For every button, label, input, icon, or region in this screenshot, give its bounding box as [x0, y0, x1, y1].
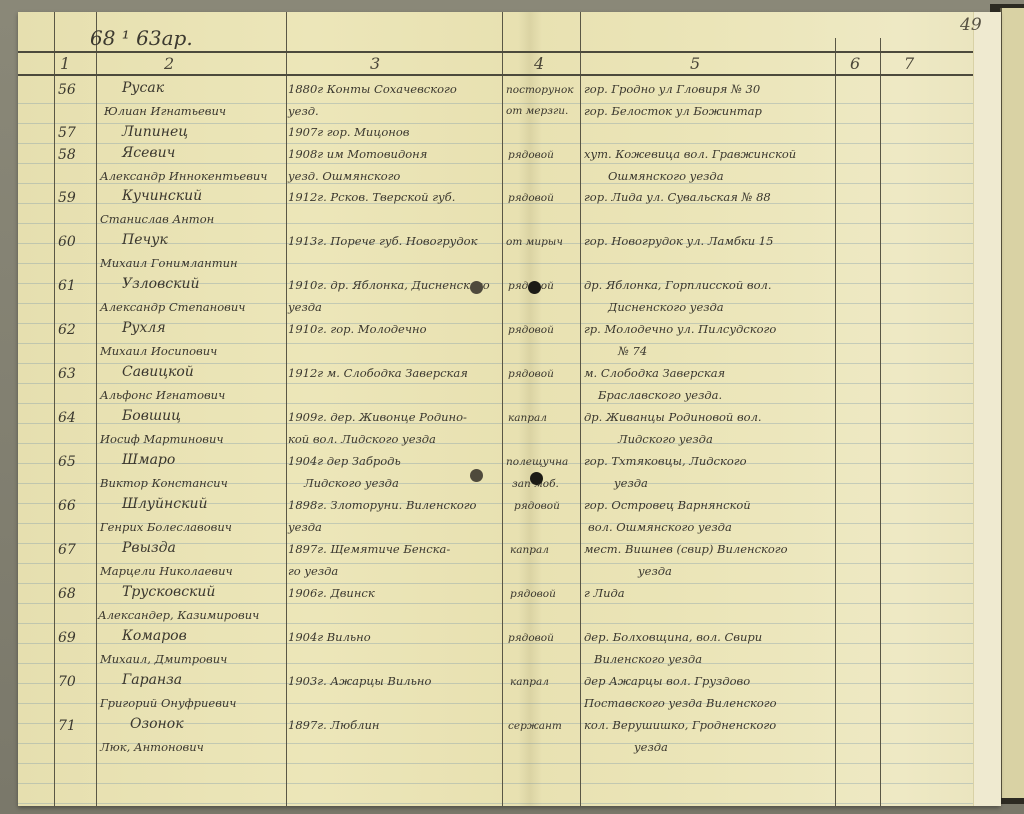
- header-rule-top: [18, 51, 973, 53]
- residence: гор. Новогрудок ул. Ламбки 15: [584, 234, 773, 248]
- birth-place: уезда: [288, 520, 322, 534]
- given-name: Иосиф Мартинович: [100, 432, 224, 446]
- birth-place: 1910г. гор. Молодечно: [288, 322, 427, 336]
- residence: Браславского уезда.: [598, 388, 722, 402]
- surname: Шлуйнский: [122, 496, 207, 512]
- rank: рядовой: [508, 192, 554, 204]
- rank: посторунок: [506, 84, 574, 96]
- surname: Русак: [122, 80, 164, 96]
- surname: Узловский: [122, 276, 199, 292]
- residence: хут. Кожевица вол. Гравжинской: [584, 147, 796, 161]
- birth-place: 1913г. Порече губ. Новогрудок: [288, 234, 477, 248]
- given-name: Станислав Антон: [100, 212, 214, 226]
- rank: капрал: [510, 676, 549, 688]
- given-name: Михаил Иосипович: [100, 344, 217, 358]
- surname: Трусковский: [122, 584, 215, 600]
- birth-place: уезд.: [288, 104, 319, 118]
- row-number: 71: [58, 718, 76, 734]
- column-divider: [580, 12, 581, 806]
- column-header-4: 4: [534, 54, 544, 73]
- given-name: Генрих Болеславович: [100, 520, 232, 534]
- row-number: 59: [58, 190, 76, 206]
- birth-place: 1907г гор. Мицонов: [288, 125, 409, 139]
- residence: гор. Белосток ул Божинтар: [584, 104, 762, 118]
- row-number: 60: [58, 234, 76, 250]
- row-number: 63: [58, 366, 76, 382]
- punch-hole: [470, 281, 483, 294]
- header-rule-bottom: [18, 74, 973, 76]
- surname: Бовшиц: [122, 408, 181, 424]
- residence: Дисненского уезда: [608, 300, 724, 314]
- residence: Поставского уезда Виленского: [584, 696, 777, 710]
- column-header-2: 2: [164, 54, 174, 73]
- residence: Виленского уезда: [594, 652, 702, 666]
- ledger-page: 68 ¹ 63ар. 49 1 2 3 4 5 6 7 56 Русак Юли…: [18, 12, 1000, 806]
- surname: Рвызда: [122, 540, 176, 556]
- birth-place: кой вол. Лидского уезда: [288, 432, 436, 446]
- residence: гор. Гродно ул Гловиря № 30: [584, 82, 760, 96]
- residence: мест. Вишнев (свир) Виленского: [584, 542, 788, 556]
- residence: гор. Тхтяковцы, Лидского: [584, 454, 747, 468]
- birth-place: го уезда: [288, 564, 338, 578]
- surname: Озонок: [130, 716, 184, 732]
- row-number: 56: [58, 82, 76, 98]
- rank: рядовой: [508, 368, 554, 380]
- residence: Лидского уезда: [618, 432, 713, 446]
- rank: сержант: [508, 720, 562, 732]
- residence: гр. Молодечно ул. Пилсудского: [584, 322, 776, 336]
- residence: дер Ажарцы вол. Груздово: [584, 674, 750, 688]
- residence: № 74: [618, 344, 647, 358]
- given-name: Григорий Онуфриевич: [100, 696, 236, 710]
- given-name: Альфонс Игнатович: [100, 388, 225, 402]
- row-number: 69: [58, 630, 76, 646]
- row-number: 58: [58, 147, 76, 163]
- rank: от мерзги.: [506, 105, 568, 117]
- surname: Ясевич: [122, 145, 175, 161]
- given-name: Александр Степанович: [100, 300, 245, 314]
- column-header-6: 6: [850, 54, 860, 73]
- rank: рядовой: [510, 588, 556, 600]
- row-number: 67: [58, 542, 76, 558]
- punch-hole: [530, 472, 543, 485]
- given-name: Марцели Николаевич: [100, 564, 233, 578]
- row-number: 65: [58, 454, 76, 470]
- column-header-3: 3: [370, 54, 380, 73]
- residence: гор. Островец Варнянской: [584, 498, 751, 512]
- punch-hole: [528, 281, 541, 294]
- birth-place: 1904г дер Забродь: [288, 454, 401, 468]
- row-number: 61: [58, 278, 76, 294]
- surname: Комаров: [122, 628, 187, 644]
- birth-place: 1897г. Люблин: [288, 718, 379, 732]
- column-divider: [880, 38, 881, 806]
- birth-place: 1906г. Двинск: [288, 586, 375, 600]
- residence: Ошмянского уезда: [608, 169, 724, 183]
- residence: др. Яблонка, Горплисской вол.: [584, 278, 772, 292]
- residence: кол. Верушишко, Гродненского: [584, 718, 776, 732]
- punch-hole: [470, 469, 483, 482]
- surname: Гаранза: [122, 672, 182, 688]
- rank: рядовой: [508, 324, 554, 336]
- birth-place: уезда: [288, 300, 322, 314]
- birth-place: 1909г. дер. Живонце Родино-: [288, 410, 467, 424]
- column-header-7: 7: [904, 54, 914, 73]
- residence: вол. Ошмянского уезда: [588, 520, 732, 534]
- column-divider: [54, 12, 55, 806]
- surname: Савицкой: [122, 364, 194, 380]
- birth-place: 1897г. Щемятиче Бенска-: [288, 542, 450, 556]
- page-right-margin: [973, 12, 1001, 806]
- birth-place: Лидского уезда: [304, 476, 399, 490]
- column-divider: [286, 12, 287, 806]
- surname: Липинец: [122, 124, 188, 140]
- row-number: 70: [58, 674, 76, 690]
- birth-place: 1912г. Рсков. Тверской губ.: [288, 190, 455, 204]
- residence: м. Слободка Заверская: [584, 366, 725, 380]
- rank: рядовой: [508, 632, 554, 644]
- birth-place: 1898г. Злоторуни. Виленского: [288, 498, 476, 512]
- rank: капрал: [510, 544, 549, 556]
- birth-place: 1912г м. Слободка Заверская: [288, 366, 468, 380]
- rank: рядовой: [514, 500, 560, 512]
- given-name: Михаил, Дмитрович: [100, 652, 227, 666]
- birth-place: 1904г Вильно: [288, 630, 371, 644]
- rank: от мирыч: [506, 236, 563, 248]
- residence: др. Живанцы Родиновой вол.: [584, 410, 762, 424]
- rank: капрал: [508, 412, 547, 424]
- archive-note: 68 ¹ 63ар.: [90, 26, 193, 50]
- next-page-edge: [1000, 8, 1024, 798]
- residence: уезда: [638, 564, 672, 578]
- row-number: 68: [58, 586, 76, 602]
- surname: Печук: [122, 232, 168, 248]
- residence: уезда: [614, 476, 648, 490]
- surname: Рухля: [122, 320, 166, 336]
- residence: уезда: [634, 740, 668, 754]
- rank: рядовой: [508, 149, 554, 161]
- row-number: 57: [58, 125, 76, 141]
- birth-place: уезд. Ошмянского: [288, 169, 400, 183]
- given-name: Юлиан Игнатьевич: [104, 104, 226, 118]
- column-header-1: 1: [60, 54, 70, 73]
- column-header-5: 5: [690, 54, 700, 73]
- surname: Кучинский: [122, 188, 202, 204]
- birth-place: 1880г Конты Сохачевского: [288, 82, 457, 96]
- column-divider: [835, 38, 836, 806]
- surname: Шмаро: [122, 452, 175, 468]
- birth-place: 1910г. др. Яблонка, Дисненского: [288, 278, 490, 292]
- rank: полещучна: [506, 456, 568, 468]
- column-divider: [96, 12, 97, 806]
- column-divider: [502, 12, 503, 806]
- row-number: 62: [58, 322, 76, 338]
- given-name: Александр Иннокентьевич: [100, 169, 267, 183]
- residence: дер. Болховщина, вол. Свири: [584, 630, 762, 644]
- given-name: Виктор Констансич: [100, 476, 228, 490]
- residence: г Лида: [584, 586, 625, 600]
- birth-place: 1903г. Ажарцы Вильно: [288, 674, 431, 688]
- given-name: Михаил Гонимлантин: [100, 256, 238, 270]
- row-number: 64: [58, 410, 76, 426]
- given-name: Люк, Антонович: [100, 740, 204, 754]
- row-number: 66: [58, 498, 76, 514]
- residence: гор. Лида ул. Сувальская № 88: [584, 190, 771, 204]
- given-name: Александер, Казимирович: [98, 608, 259, 622]
- page-number: 49: [960, 15, 982, 35]
- birth-place: 1908г им Мотовидоня: [288, 147, 427, 161]
